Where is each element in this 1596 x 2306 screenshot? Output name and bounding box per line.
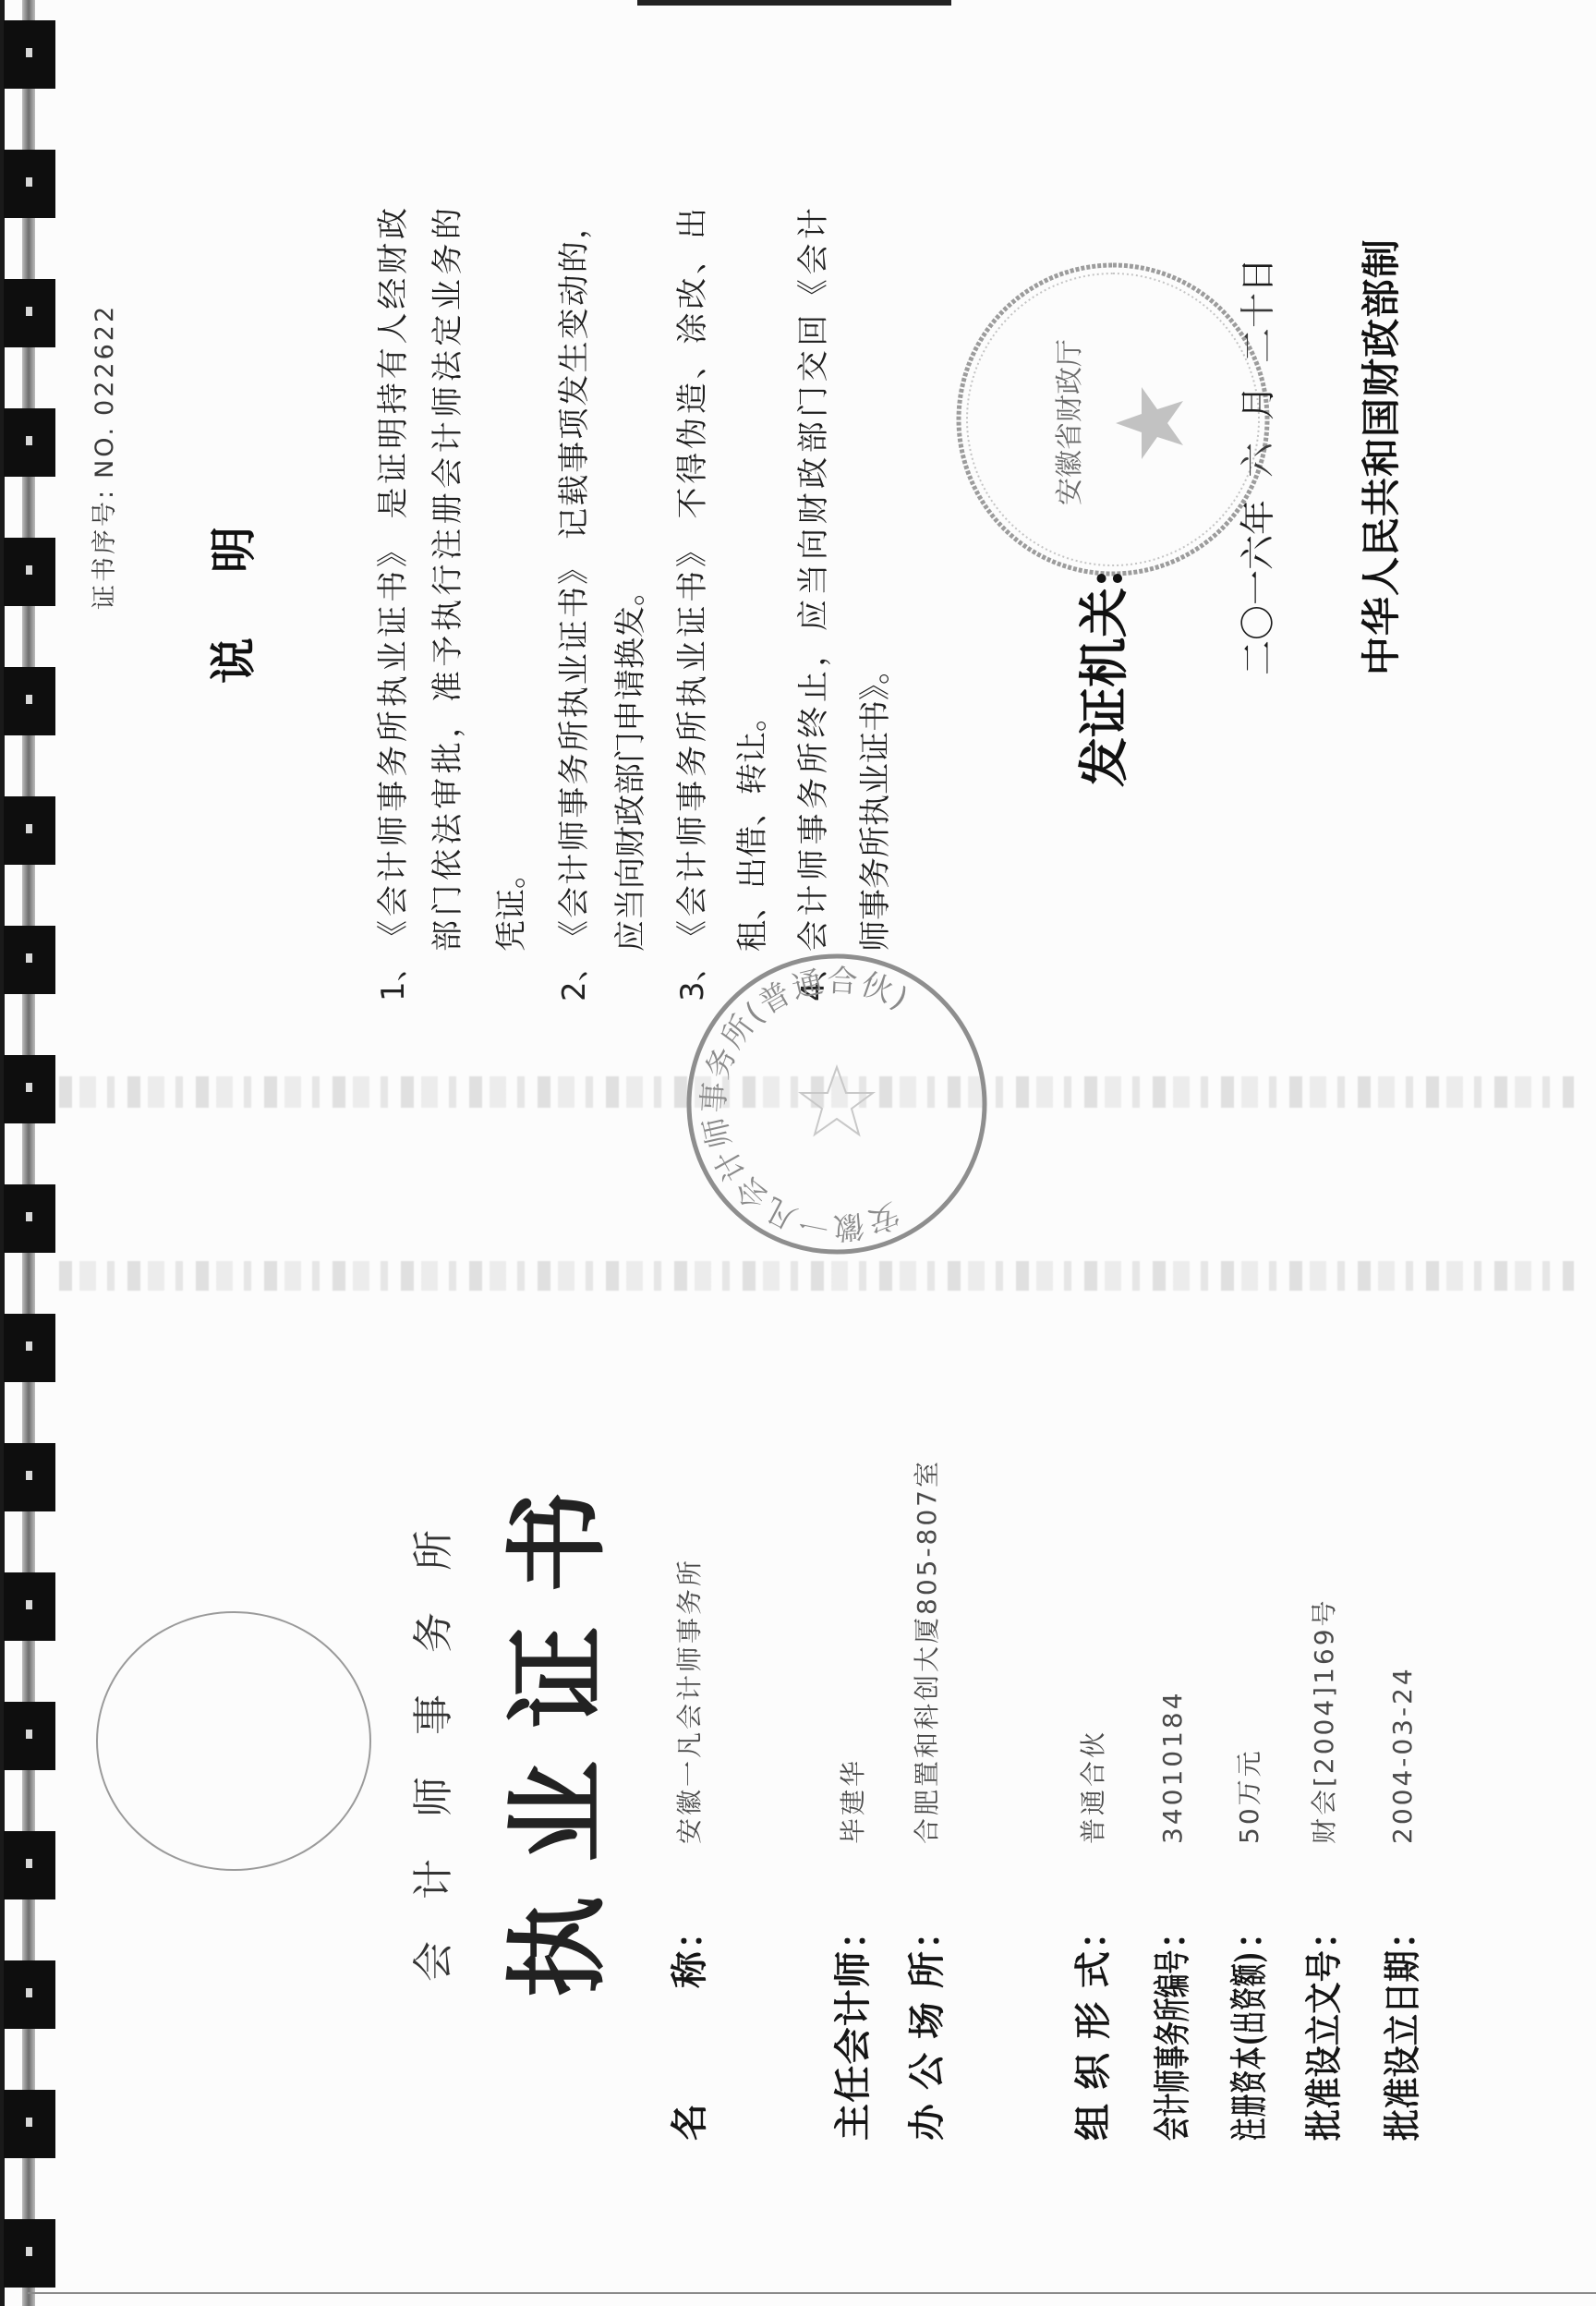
field-row-name: 名称 ： 安徽一凡会计师事务所 (670, 1217, 710, 2141)
certificate-subtitle: 会计师事务所 (411, 1488, 457, 1982)
field-row-office-address: 办公场所 ： 合肥置和科创大厦805-807室 (907, 1217, 948, 2141)
field-label: 组织形式 (1073, 1951, 1114, 2141)
field-value: 安徽一凡会计师事务所 (670, 1558, 710, 1844)
item-line: 《会计师事务所执业证书》 不得伪造、涂改、出 (674, 208, 711, 952)
field-colon: ： (1304, 1912, 1345, 1949)
seal-ring (689, 956, 985, 1252)
issuer-label: 发证机关: (1076, 569, 1131, 787)
issue-year: 二〇一六 (1238, 535, 1278, 675)
item-line: 部门依法审批，准予执行注册会计师法定业务的 (429, 208, 466, 952)
spiral-binding-holes (26, 0, 32, 2306)
item-number: 1、 (375, 950, 412, 1001)
field-row-organization-form: 组织形式 ： 普通合伙 (1073, 1217, 1114, 2141)
field-row-approval-date: 批准设立日期 ： 2004-03-24 (1383, 1217, 1423, 2141)
item-line: 租、出借、转让。 (734, 208, 771, 952)
item-line: 凭证。 (493, 208, 530, 952)
field-label: 注册资本(出资额) (1229, 1952, 1270, 2141)
field-label: 主任会计师 (833, 1951, 874, 2141)
issue-date: 二〇一六 年 六 月 二十 日 (1238, 258, 1278, 675)
issuer-footer: 中华人民共和国财政部制 (1361, 238, 1402, 675)
scan-edge-mark (637, 0, 951, 6)
serial-prefix: NO. (91, 425, 119, 479)
item-line: 会计师事务所终止，应当向财政部门交回《会计 (795, 208, 832, 952)
item-line: 《会计师事务所执业证书》 是证明持有人经财政 (375, 208, 412, 952)
issue-month: 六 (1238, 443, 1278, 478)
field-label: 批准设立日期 (1383, 1950, 1423, 2141)
serial-number: 022622 (91, 304, 119, 416)
field-value: 财会[2004]169号 (1304, 1597, 1345, 1844)
field-value: 34010184 (1153, 1690, 1193, 1844)
field-label: 办公场所 (907, 1951, 948, 2141)
day-unit: 日 (1238, 258, 1278, 293)
bleed-through-band (59, 1261, 1574, 1291)
scanned-document: 证书序号:NO.022622 说明 1、 《会计师事务所执业证书》 是证明持有人… (0, 0, 1596, 2306)
field-colon: ： (1383, 1912, 1423, 1949)
field-colon: ： (670, 1912, 710, 1949)
month-unit: 月 (1238, 385, 1278, 420)
item-number: 2、 (556, 950, 593, 1001)
serial-label: 证书序号: (91, 488, 119, 610)
emblem-outline (96, 1611, 371, 1871)
star-icon (1116, 387, 1183, 459)
instructions-title: 说明 (206, 462, 261, 684)
certificate-title: 执业证书 (502, 1458, 613, 1997)
star-icon (801, 1067, 873, 1135)
field-row-registered-capital: 注册资本(出资额) ： 50万元 (1229, 1217, 1270, 2141)
item-line: 应当向财政部门申请换发。 (612, 208, 649, 952)
seal-inner-ring (967, 273, 1259, 565)
field-value: 毕建华 (833, 1758, 874, 1844)
field-colon: ： (1229, 1912, 1270, 1949)
seal-ring (959, 265, 1267, 574)
year-unit: 年 (1238, 500, 1278, 535)
item-line: 师事务所执业证书》。 (857, 208, 894, 952)
page-bottom-edge (28, 2292, 1596, 2294)
field-colon: ： (1073, 1912, 1114, 1949)
field-colon: ： (907, 1912, 948, 1949)
field-row-firm-number: 会计师事务所编号 ： 34010184 (1153, 1217, 1193, 2141)
field-label: 名称 (670, 1951, 710, 2141)
field-value: 50万元 (1229, 1748, 1270, 1844)
item-line: 《会计师事务所执业证书》 记载事项发生变动的， (556, 208, 593, 952)
field-label: 会计师事务所编号 (1153, 1950, 1193, 2141)
firm-seal: 安徽一凡会计师事务所(普通合伙) (682, 949, 992, 1259)
issue-day: 二十 (1238, 293, 1278, 363)
field-row-chief-accountant: 主任会计师 ： 毕建华 (833, 1217, 874, 2141)
field-label: 批准设立文号 (1304, 1950, 1345, 2141)
field-value: 合肥置和科创大厦805-807室 (907, 1459, 948, 1844)
certificate-serial: 证书序号:NO.022622 (90, 295, 121, 610)
field-value: 2004-03-24 (1383, 1666, 1423, 1844)
field-colon: ： (833, 1912, 874, 1949)
field-colon: ： (1153, 1912, 1193, 1949)
field-row-approval-document: 批准设立文号 ： 财会[2004]169号 (1304, 1217, 1345, 2141)
issuer-seal: 安徽省财政厅 (951, 258, 1275, 581)
field-value: 普通合伙 (1073, 1729, 1114, 1844)
seal-text: 安徽省财政厅 (1054, 339, 1086, 505)
